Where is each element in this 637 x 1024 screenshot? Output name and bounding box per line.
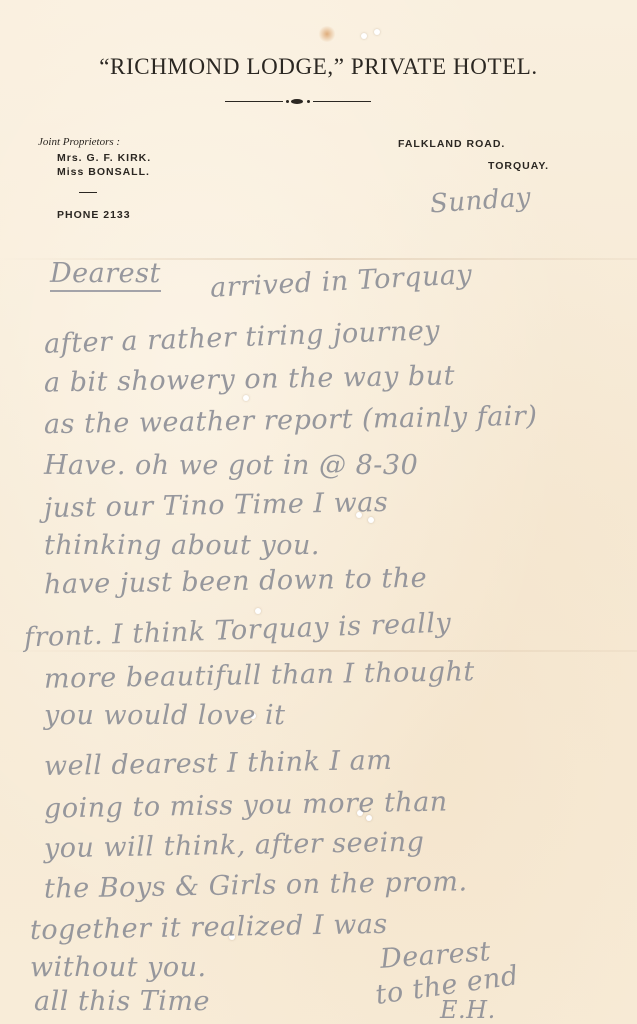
proprietor-kirk: Mrs. G. F. KIRK. [57,152,151,164]
pin-hole [374,29,380,35]
letter-line: you will think, after seeing [44,827,425,865]
hotel-title: “RICHMOND LODGE,” PRIVATE HOTEL. [0,54,637,80]
address-street: FALKLAND ROAD. [398,138,505,150]
letter-line: well dearest I think I am [44,745,393,782]
letter-line: you would love it [44,700,285,731]
signature: E.H. [440,996,496,1024]
letter-line: Have. oh we got in @ 8-30 [44,450,418,481]
ornament-divider [225,99,371,104]
pin-hole [361,33,367,39]
divider-dash [79,192,97,193]
letter-line: thinking about you. [44,530,320,561]
phone-number: PHONE 2133 [57,209,131,221]
stain-mark [318,26,336,42]
pin-hole [243,395,249,401]
address-town: TORQUAY. [488,160,549,172]
salutation: Dearest [50,258,161,292]
letter-line: without you. [30,952,207,983]
letter-line: together it realized I was [30,909,388,946]
letter-line: all this Time [34,986,210,1017]
joint-proprietors-label: Joint Proprietors : [38,136,120,148]
proprietor-bonsall: Miss BONSALL. [57,166,150,178]
pin-hole [255,608,261,614]
letter-line: just our Tino Time I was [44,487,389,524]
